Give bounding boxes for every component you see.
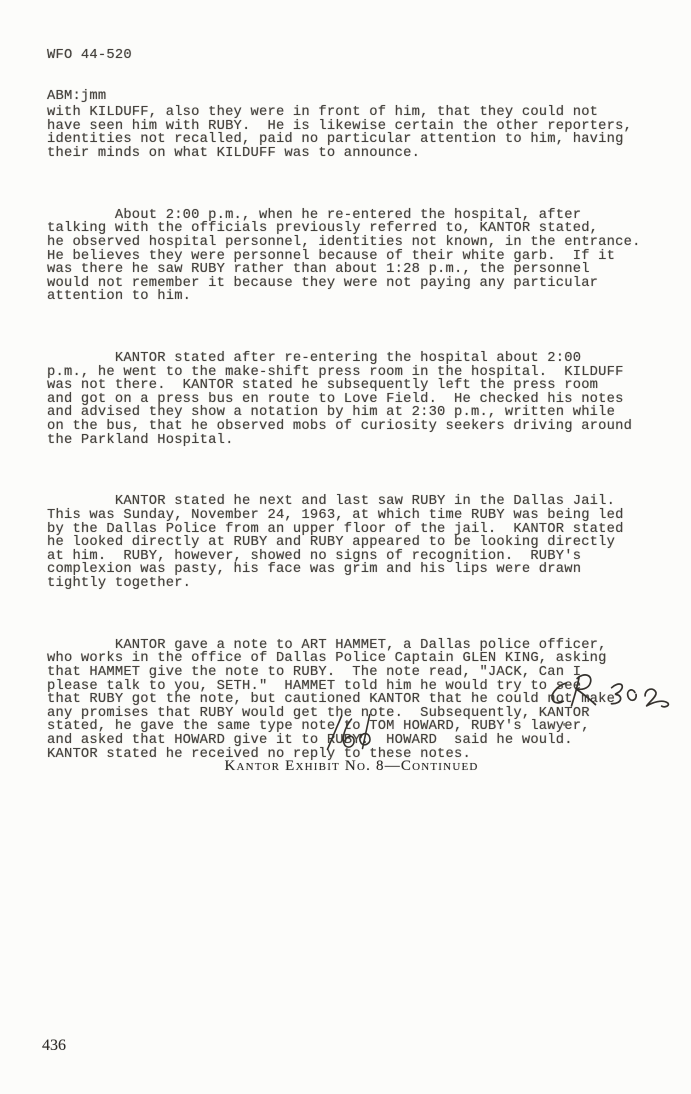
paragraph-4: KANTOR stated he next and last saw RUBY … xyxy=(47,495,672,590)
scan-speck xyxy=(586,238,588,240)
file-number: WFO 44-520 xyxy=(47,49,132,63)
paragraph-3: KANTOR stated after re-entering the hosp… xyxy=(47,352,672,447)
handwritten-166-annotation xyxy=(319,709,377,759)
page-number: 436 xyxy=(42,1037,66,1055)
scan-speck xyxy=(306,694,309,696)
paragraph-2: About 2:00 p.m., when he re-entered the … xyxy=(47,209,672,304)
handwritten-cr302-annotation xyxy=(539,663,674,728)
scanned-document-page: WFO 44-520 ABM:jmm with KILDUFF, also th… xyxy=(0,0,691,1094)
paragraph-1: with KILDUFF, also they were in front of… xyxy=(47,106,672,160)
scan-speck xyxy=(563,723,566,726)
exhibit-caption: Kantor Exhibit No. 8—Continued xyxy=(12,758,691,775)
